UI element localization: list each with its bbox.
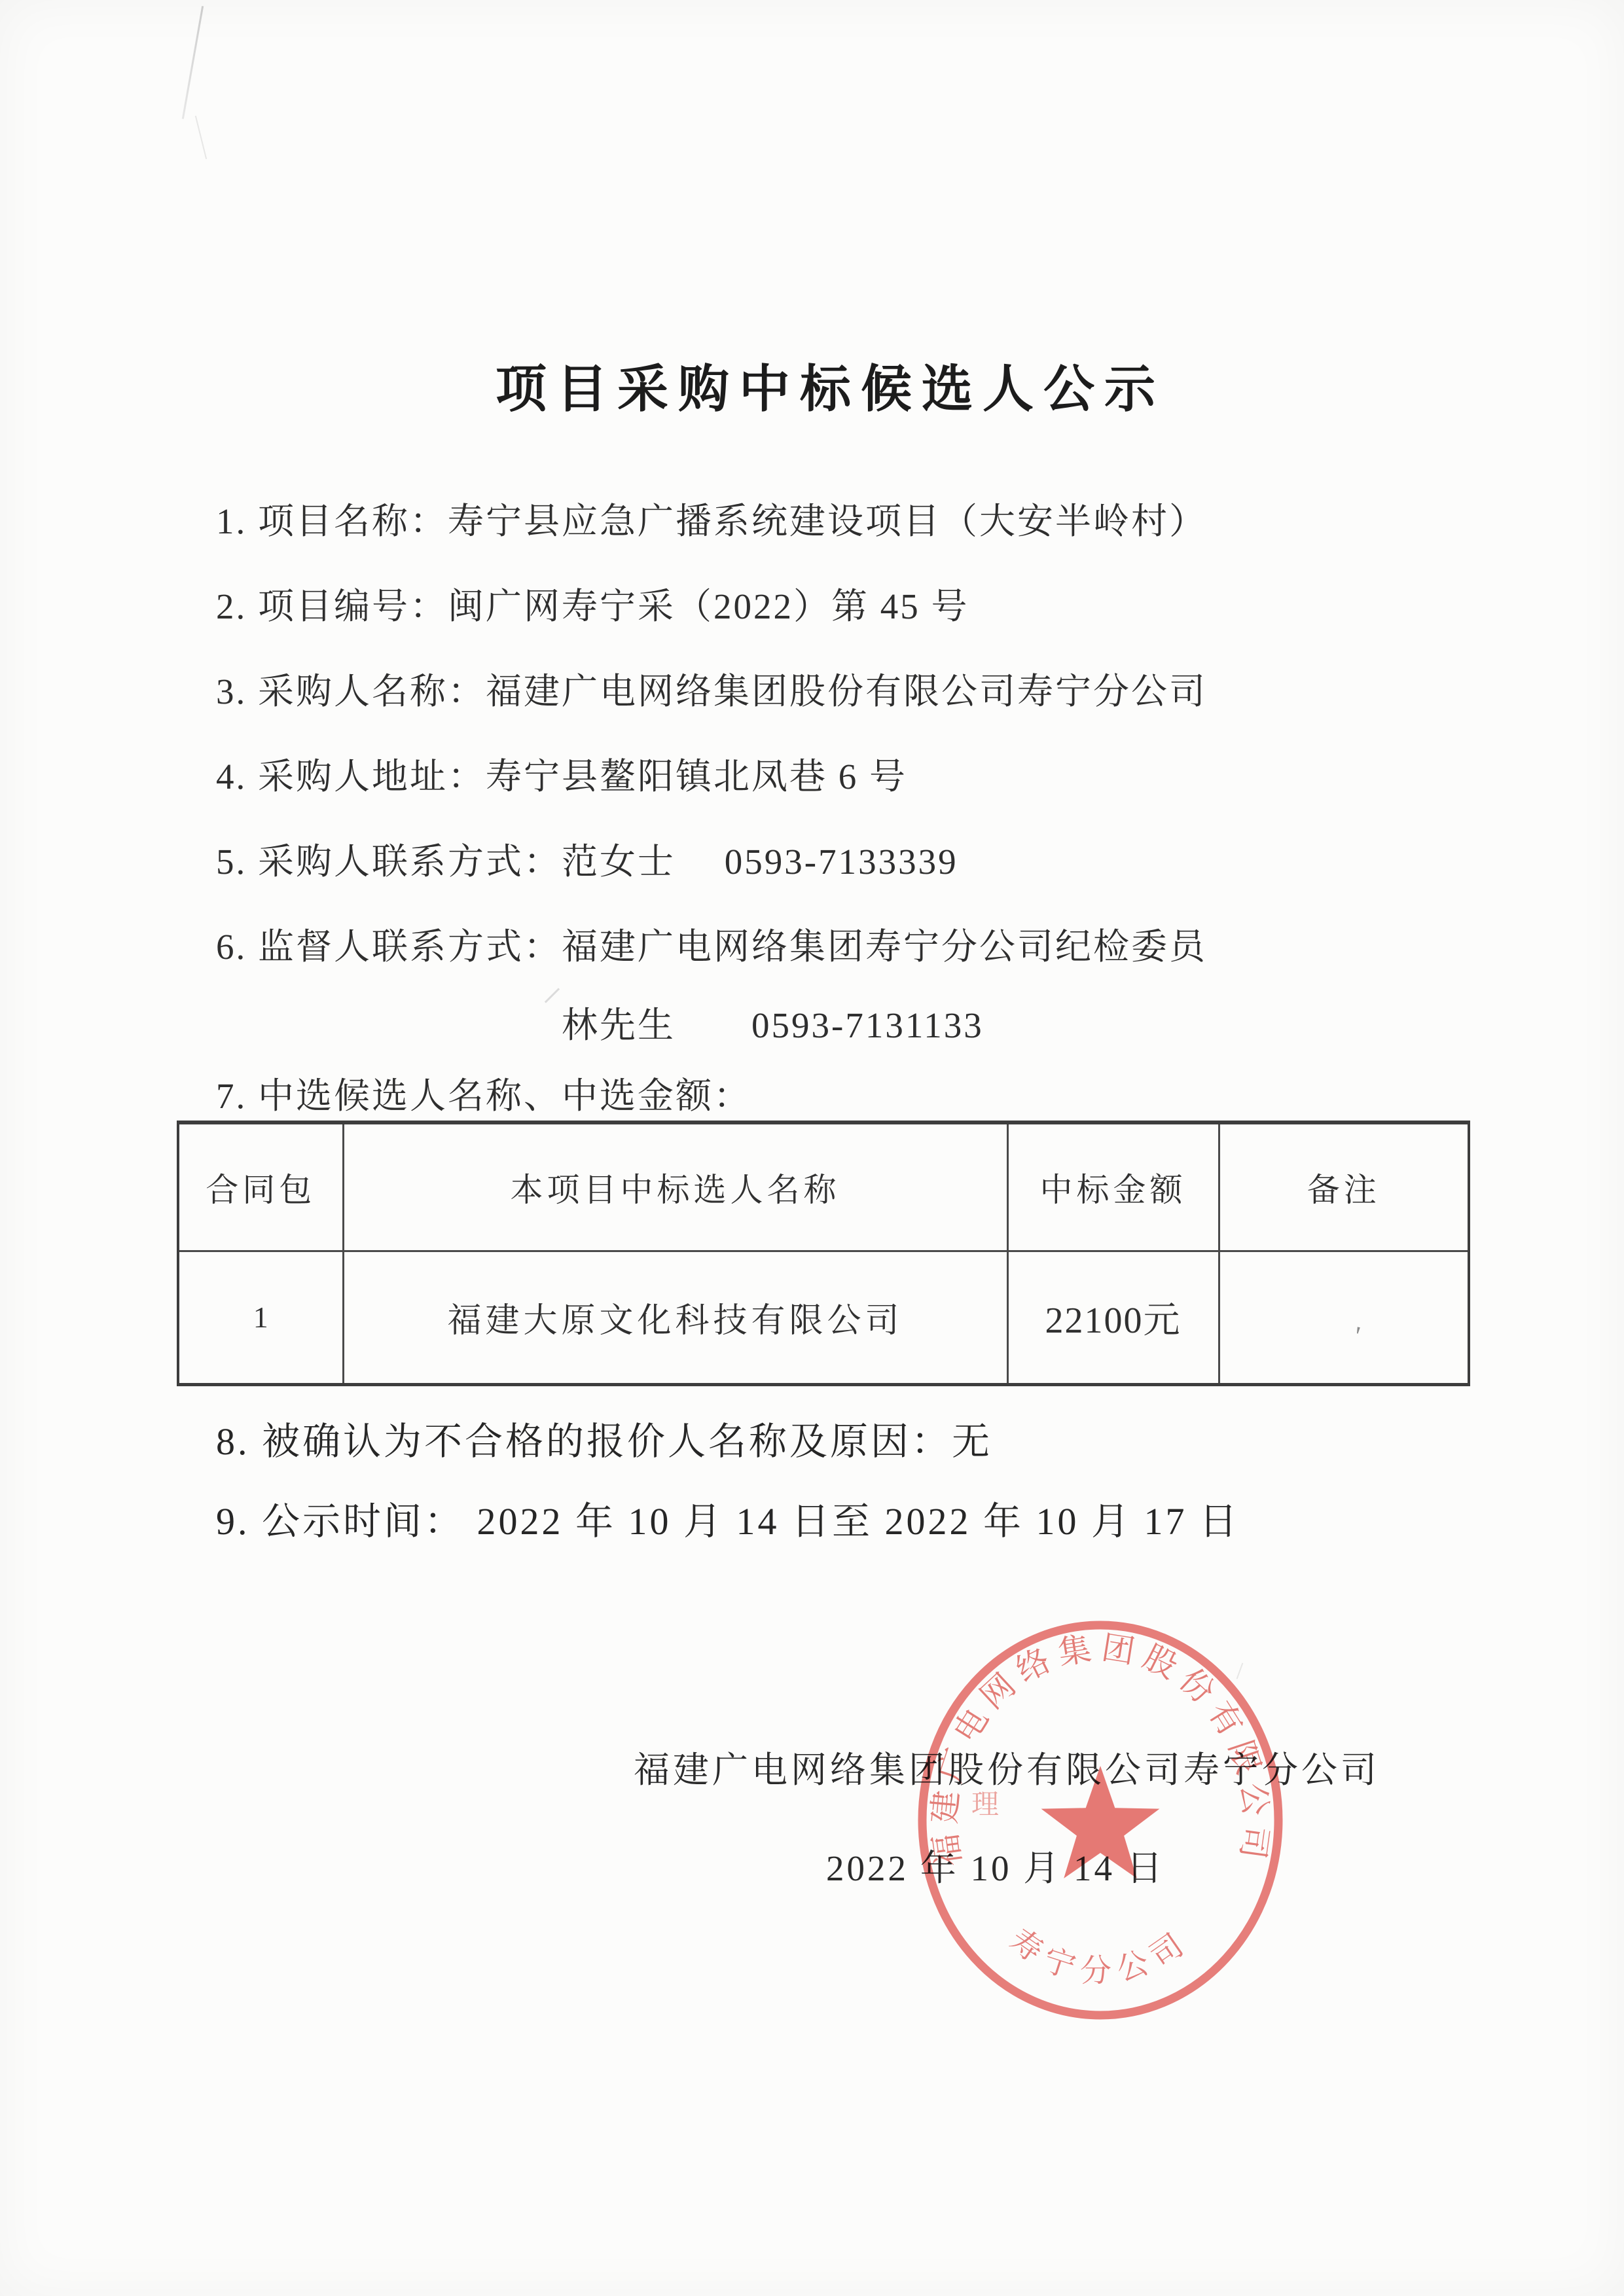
item-7-candidates-label: 7. 中选候选人名称、中选金额： — [216, 1075, 751, 1117]
item-9-publicity-period: 9. 公示时间： 2022 年 10 月 14 日至 2022 年 10 月 1… — [216, 1500, 1240, 1544]
item-3-purchaser-name: 3. 采购人名称：福建广电网络集团股份有限公司寿宁分公司 — [216, 671, 1207, 712]
scan-stray-mark: ' — [1351, 1320, 1362, 1352]
col-header-remark: 备注 — [1219, 1122, 1469, 1251]
stamp-inner-mark: 理 — [971, 1790, 999, 1820]
scan-artifact-line — [182, 6, 204, 119]
col-header-contract-package: 合同包 — [178, 1122, 343, 1251]
col-header-award-amount: 中标金额 — [1007, 1122, 1219, 1251]
scanned-document-page: 项目采购中标候选人公示 1. 项目名称：寿宁县应急广播系统建设项目（大安半岭村）… — [0, 0, 1624, 2296]
table-row: 1 福建大原文化科技有限公司 22100元 ' — [178, 1251, 1469, 1385]
document-title: 项目采购中标候选人公示 — [496, 348, 1165, 422]
item-5-purchaser-contact: 5. 采购人联系方式：范女士 0593-7133339 — [216, 841, 958, 882]
item-4-purchaser-address: 4. 采购人地址：寿宁县鳌阳镇北凤巷 6 号 — [216, 756, 907, 797]
table-header-row: 合同包 本项目中标选人名称 中标金额 备注 — [178, 1122, 1469, 1251]
item-8-disqualified-bidders: 8. 被确认为不合格的报价人名称及原因：无 — [216, 1420, 992, 1464]
award-table: 合同包 本项目中标选人名称 中标金额 备注 1 福建大原文化科技有限公司 221… — [177, 1121, 1470, 1386]
cell-contract-package: 1 — [178, 1251, 343, 1385]
scan-artifact-line — [195, 116, 207, 159]
item-2-project-number: 2. 项目编号：闽广网寿宁采（2022）第 45 号 — [216, 586, 969, 627]
item-6-supervisor-contact: 6. 监督人联系方式：福建广电网络集团寿宁分公司纪检委员 — [216, 926, 1207, 967]
cell-remark: ' — [1219, 1251, 1469, 1385]
company-stamp: 福建广电网络集团股份有限公司 寿宁分公司 理 — [909, 1614, 1292, 2026]
stamp-star-icon — [1041, 1766, 1160, 1878]
item-1-project-name: 1. 项目名称：寿宁县应急广播系统建设项目（大安半岭村） — [216, 501, 1207, 542]
stamp-ring-text-bottom: 寿宁分公司 — [1003, 1923, 1197, 1988]
cell-winner-name: 福建大原文化科技有限公司 — [343, 1251, 1007, 1385]
scan-artifact-line — [545, 988, 560, 1003]
col-header-winner-name: 本项目中标选人名称 — [343, 1122, 1007, 1251]
item-6-continuation: 林先生 0593-7131133 — [562, 1005, 984, 1046]
cell-award-amount: 22100元 — [1007, 1251, 1219, 1385]
